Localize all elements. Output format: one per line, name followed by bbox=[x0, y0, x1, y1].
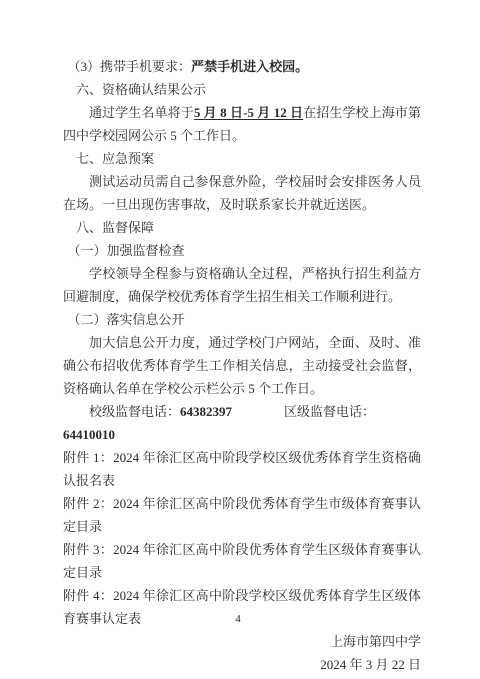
item-phone-rule-label: （3）携带手机要求： bbox=[68, 59, 192, 74]
item-phone-rule: （3）携带手机要求：严禁手机进入校园。 bbox=[63, 55, 421, 78]
supervision-phones-line: 校级监督电话：64382397区级监督电话：64410010 bbox=[63, 400, 421, 446]
section7-paragraph: 测试运动员需自己参保意外险，学校届时会安排医务人员在场。一旦出现伤害事故，及时联… bbox=[63, 170, 421, 216]
section8-sub2-paragraph: 加大信息公开力度，通过学校门户网站，全面、及时、准确公布招收优秀体育学生工作相关… bbox=[63, 331, 421, 400]
section7-heading: 七、应急预案 bbox=[63, 147, 421, 170]
section8-heading: 八、监督保障 bbox=[63, 216, 421, 239]
district-phone-label: 区级监督电话： bbox=[284, 404, 375, 419]
school-phone-number: 64382397 bbox=[180, 404, 232, 419]
attachment-3: 附件 3：2024 年徐汇区高中阶段优秀体育学生区级体育赛事认定目录 bbox=[63, 538, 421, 584]
attachment-2: 附件 2：2024 年徐汇区高中阶段优秀体育学生市级体育赛事认定目录 bbox=[63, 492, 421, 538]
school-phone-label: 校级监督电话： bbox=[89, 404, 180, 419]
section6-paragraph: 通过学生名单将于5 月 8 日-5 月 12 日在招生学校上海市第四中学校园网公… bbox=[63, 101, 421, 147]
signature-date: 2024 年 3 月 22 日 bbox=[63, 653, 421, 676]
section8-sub1-paragraph: 学校领导全程参与资格确认全过程，严格执行招生利益方回避制度，确保学校优秀体育学生… bbox=[63, 262, 421, 308]
section8-sub2-heading: （二）落实信息公开 bbox=[63, 308, 421, 331]
section6-date-range: 5 月 8 日-5 月 12 日 bbox=[194, 105, 303, 120]
item-phone-rule-emphasis: 严禁手机进入校园。 bbox=[191, 59, 308, 74]
page-number: 4 bbox=[0, 612, 476, 627]
document-page: （3）携带手机要求：严禁手机进入校园。 六、资格确认结果公示 通过学生名单将于5… bbox=[0, 0, 480, 679]
document-content: （3）携带手机要求：严禁手机进入校园。 六、资格确认结果公示 通过学生名单将于5… bbox=[63, 55, 421, 676]
section8-sub1-heading: （一）加强监督检查 bbox=[63, 239, 421, 262]
district-phone-number: 64410010 bbox=[63, 427, 115, 442]
section6-heading: 六、资格确认结果公示 bbox=[63, 78, 421, 101]
attachment-1: 附件 1：2024 年徐汇区高中阶段学校区级优秀体育学生资格确认报名表 bbox=[63, 446, 421, 492]
section6-text-before: 通过学生名单将于 bbox=[89, 105, 194, 120]
signature-organization: 上海市第四中学 bbox=[63, 630, 421, 653]
